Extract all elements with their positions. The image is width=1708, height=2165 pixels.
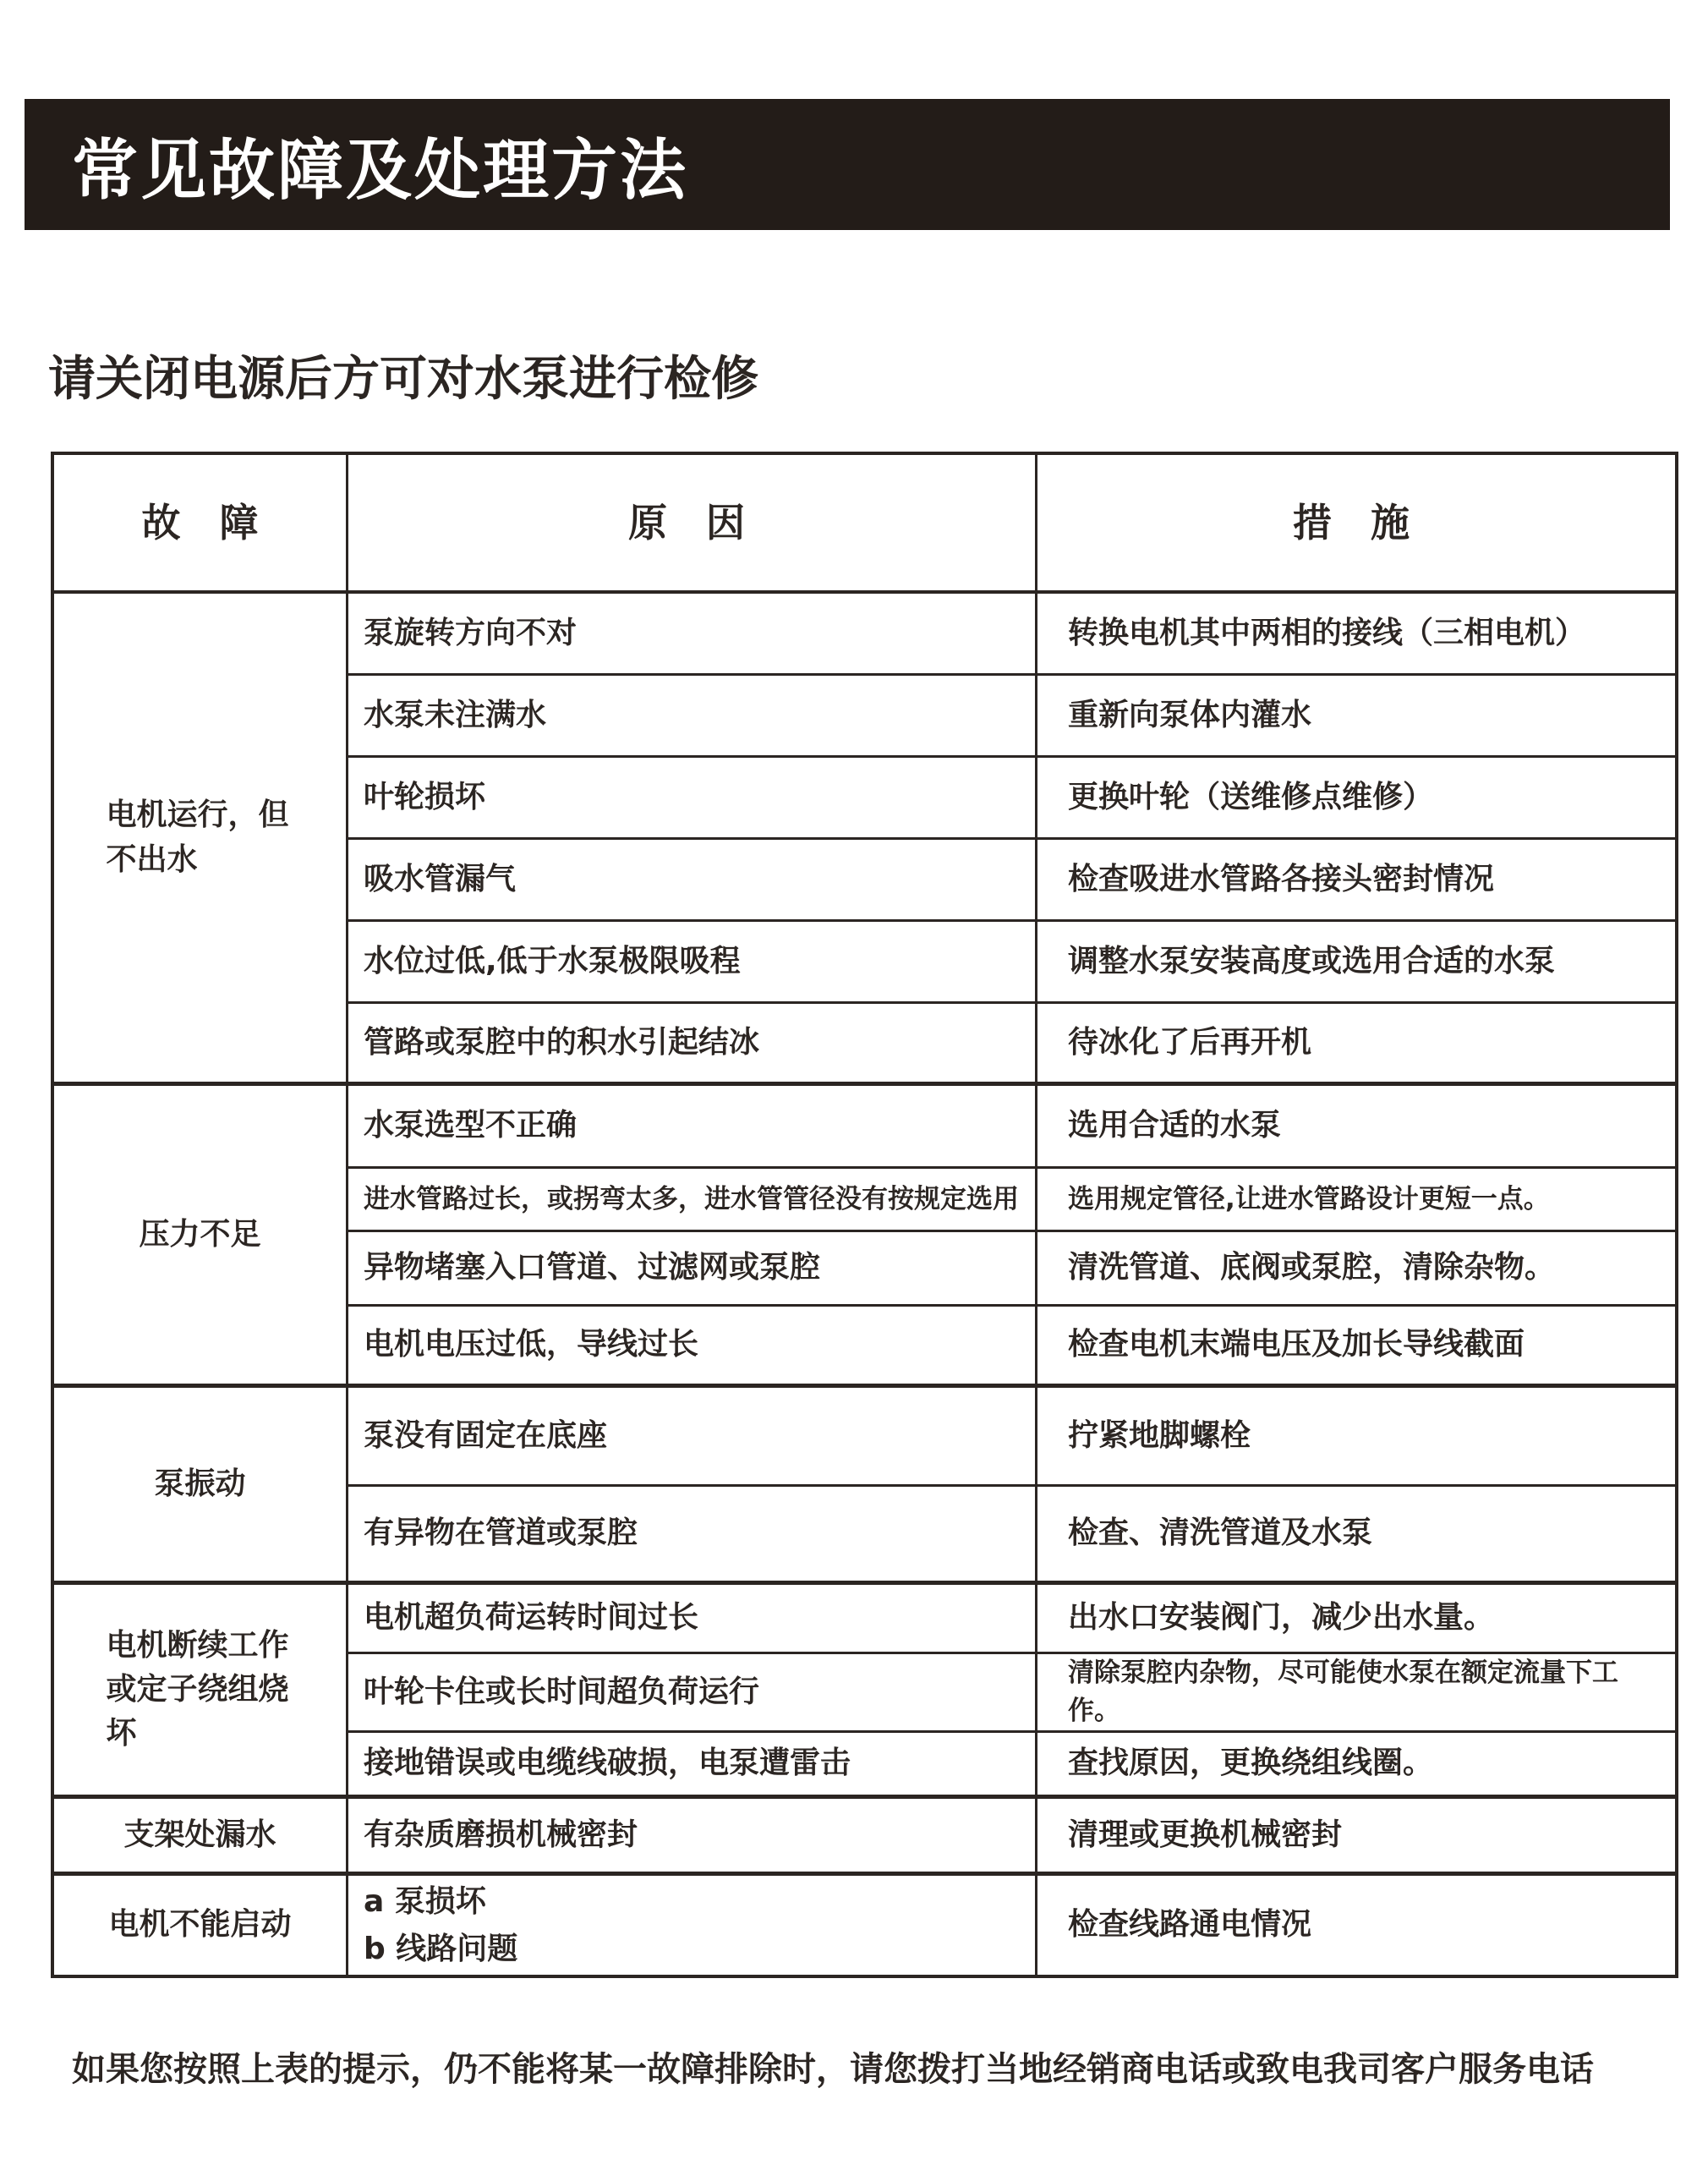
- measure-cell: 检查、清洗管道及水泵: [1037, 1487, 1675, 1585]
- measure-cell: 重新向泵体内灌水: [1037, 676, 1675, 758]
- footer-note: 如果您按照上表的提示，仍不能将某一故障排除时，请您拨打当地经销商电话或致电我司客…: [72, 2042, 1594, 2091]
- cause-cell: 异物堵塞入口管道、过滤网或泵腔: [348, 1232, 1037, 1307]
- fault-cell: 压力不足: [54, 1086, 348, 1388]
- cause-cell: 叶轮损坏: [348, 758, 1037, 840]
- measure-cell: 选用合适的水泵: [1037, 1086, 1675, 1169]
- cause-cell: 有杂质磨损机械密封: [348, 1799, 1037, 1876]
- cause-item-a: a 泵损坏: [364, 1878, 517, 1926]
- safety-notice: 请关闭电源后方可对水泵进行检修: [48, 342, 758, 409]
- troubleshooting-table: 故 障 原 因 措 施 电机运行，但不出水 泵旋转方向不对 转换电机其中两相的接…: [51, 452, 1678, 1978]
- header-fault: 故 障: [54, 455, 348, 594]
- manual-page: { "page": { "title": "常见故障及处理方法", "subti…: [0, 0, 1708, 2165]
- cause-cell: 进水管路过长，或拐弯太多，进水管管径没有按规定选用: [348, 1169, 1037, 1232]
- fault-label: 泵振动: [154, 1462, 245, 1506]
- cause-cell: 管路或泵腔中的积水引起结冰: [348, 1004, 1037, 1086]
- measure-cell: 检查电机末端电压及加长导线截面: [1037, 1307, 1675, 1388]
- fault-label: 支架处漏水: [123, 1813, 276, 1857]
- cause-cell: 电机超负荷运转时间过长: [348, 1585, 1037, 1654]
- measure-cell: 转换电机其中两相的接线（三相电机）: [1037, 594, 1675, 676]
- measure-cell: 更换叶轮（送维修点维修）: [1037, 758, 1675, 840]
- cause-list: a 泵损坏 b 线路问题: [364, 1878, 517, 1973]
- cause-cell: a 泵损坏 b 线路问题: [348, 1876, 1037, 1975]
- measure-cell: 选用规定管径,让进水管路设计更短一点。: [1037, 1169, 1675, 1232]
- title-bar: 常见故障及处理方法: [25, 99, 1670, 230]
- cause-cell: 接地错误或电缆线破损，电泵遭雷击: [348, 1733, 1037, 1799]
- page-title: 常见故障及处理方法: [25, 118, 688, 212]
- cause-cell: 吸水管漏气: [348, 840, 1037, 922]
- cause-cell: 水泵选型不正确: [348, 1086, 1037, 1169]
- cause-cell: 水泵未注满水: [348, 676, 1037, 758]
- measure-cell: 清除泵腔内杂物，尽可能使水泵在额定流量下工作。: [1037, 1654, 1675, 1733]
- measure-cell: 查找原因，更换绕组线圈。: [1037, 1733, 1675, 1799]
- cause-cell: 泵没有固定在底座: [348, 1388, 1037, 1487]
- fault-label: 电机运行，但不出水: [107, 793, 294, 881]
- fault-cell: 电机断续工作或定子绕组烧坏: [54, 1585, 348, 1799]
- measure-cell: 清理或更换机械密封: [1037, 1799, 1675, 1876]
- fault-cell: 电机不能启动: [54, 1876, 348, 1975]
- measure-cell: 调整水泵安装高度或选用合适的水泵: [1037, 922, 1675, 1004]
- measure-cell: 待冰化了后再开机: [1037, 1004, 1675, 1086]
- measure-cell: 清洗管道、底阀或泵腔，清除杂物。: [1037, 1232, 1675, 1307]
- measure-cell: 检查线路通电情况: [1037, 1876, 1675, 1975]
- fault-cell: 支架处漏水: [54, 1799, 348, 1876]
- fault-cell: 泵振动: [54, 1388, 348, 1585]
- measure-cell: 拧紧地脚螺栓: [1037, 1388, 1675, 1487]
- measure-cell: 出水口安装阀门，减少出水量。: [1037, 1585, 1675, 1654]
- header-cause: 原 因: [348, 455, 1037, 594]
- cause-cell: 叶轮卡住或长时间超负荷运行: [348, 1654, 1037, 1733]
- measure-cell: 检查吸进水管路各接头密封情况: [1037, 840, 1675, 922]
- header-measure: 措 施: [1037, 455, 1675, 594]
- fault-cell: 电机运行，但不出水: [54, 594, 348, 1086]
- cause-cell: 电机电压过低，导线过长: [348, 1307, 1037, 1388]
- fault-label: 压力不足: [139, 1213, 260, 1257]
- cause-cell: 水位过低,低于水泵极限吸程: [348, 922, 1037, 1004]
- fault-label: 电机断续工作或定子绕组烧坏: [107, 1624, 294, 1757]
- cause-cell: 泵旋转方向不对: [348, 594, 1037, 676]
- cause-item-b: b 线路问题: [364, 1926, 517, 1973]
- fault-label: 电机不能启动: [108, 1903, 291, 1947]
- cause-cell: 有异物在管道或泵腔: [348, 1487, 1037, 1585]
